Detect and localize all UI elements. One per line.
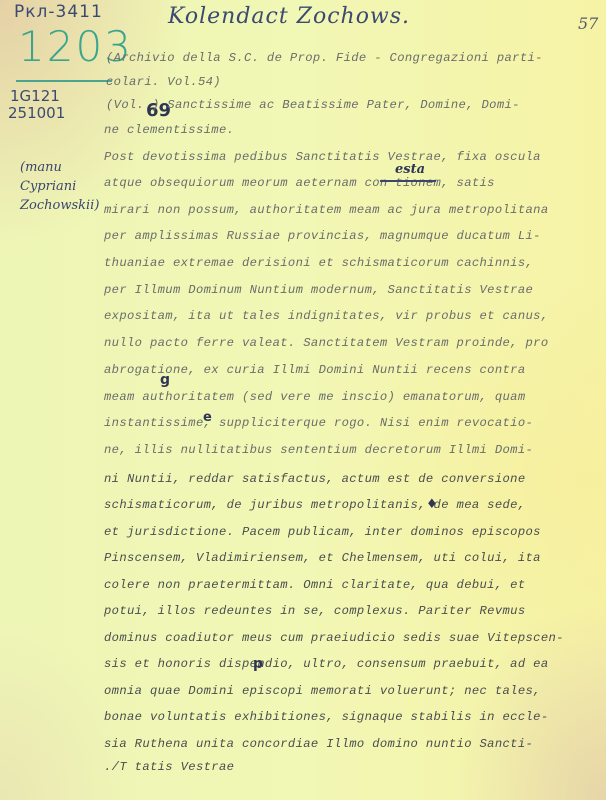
typed-line: (Vol. ) Sanctissime ac Beatissime Pater,… [106,98,520,112]
ink-correction-e: e [203,410,212,425]
typed-line: ni Nuntii, reddar satisfactus, actum est… [104,472,526,486]
ink-correction-g: g [160,372,170,388]
typed-line: atque obsequiorum meorum aeternam con ti… [104,176,495,190]
typed-line: (Archivio della S.C. de Prop. Fide - Con… [106,51,543,65]
typed-line: colere non praetermittam. Omni claritate… [104,578,526,592]
margin-note: (manu Cypriani Zochowskii) [20,158,99,215]
inventory-number-2: 251001 [8,104,65,122]
strikethrough-mark [380,180,436,182]
typed-line: per Illmum Dominum Nuntium modernum, San… [104,283,533,297]
typed-line: schismaticorum, de juribus metropolitani… [104,498,526,512]
typed-line: omnia quae Domini episcopi memorati volu… [104,684,541,698]
typed-line: mirari non possum, authoritatem meam ac … [104,203,549,217]
ink-correction-p: p [253,656,263,672]
handwritten-correction: esta [395,162,425,177]
page-number: 57 [578,14,598,33]
typed-line: ne clementissime. [104,123,234,137]
typed-line: instantissime, suppliciterque rogo. Nisi… [104,416,533,430]
typed-line: sis et honoris dispendio, ultro, consens… [104,657,549,671]
typed-line: expositam, ita ut tales indignitates, vi… [104,309,549,323]
typed-line: meam authoritatem (sed vere me inscio) e… [104,390,526,404]
typed-line: thuaniae extremae derisioni et schismati… [104,256,533,270]
typed-line: potui, illos redeuntes in se, complexus.… [104,604,526,618]
handwritten-title: Kolendact Zochows. [168,4,410,29]
typed-line: per amplissimas Russiae provincias, magn… [104,229,541,243]
typed-line: et jurisdictione. Pacem publicam, inter … [104,525,541,539]
ink-correction-mark: ♦ [426,497,438,512]
document-page: Ркл-3411 1203 1G121 251001 Kolendact Zoc… [0,0,606,800]
inventory-number-1: 1G121 [10,87,60,105]
typed-line: ./T tatis Vestrae [104,760,234,774]
typed-line: Pinscensem, Vladimiriensem, et Chelmense… [104,551,541,565]
typed-line: sia Ruthena unita concordiae Illmo domin… [104,737,533,751]
typed-line: ne, illis nullitatibus sententium decret… [104,443,533,457]
typed-line: nullo pacto ferre valeat. Sanctitatem Ve… [104,336,549,350]
underline-divider [16,80,112,82]
typed-line: Post devotissima pedibus Sanctitatis Ves… [104,150,541,164]
reference-code: Ркл-3411 [14,2,103,22]
typed-line: bonae voluntatis exhibitiones, signaque … [104,710,549,724]
typed-line: dominus coadiutor meus cum praeiudicio s… [104,631,564,645]
typed-line: colari. Vol.54) [106,75,221,89]
